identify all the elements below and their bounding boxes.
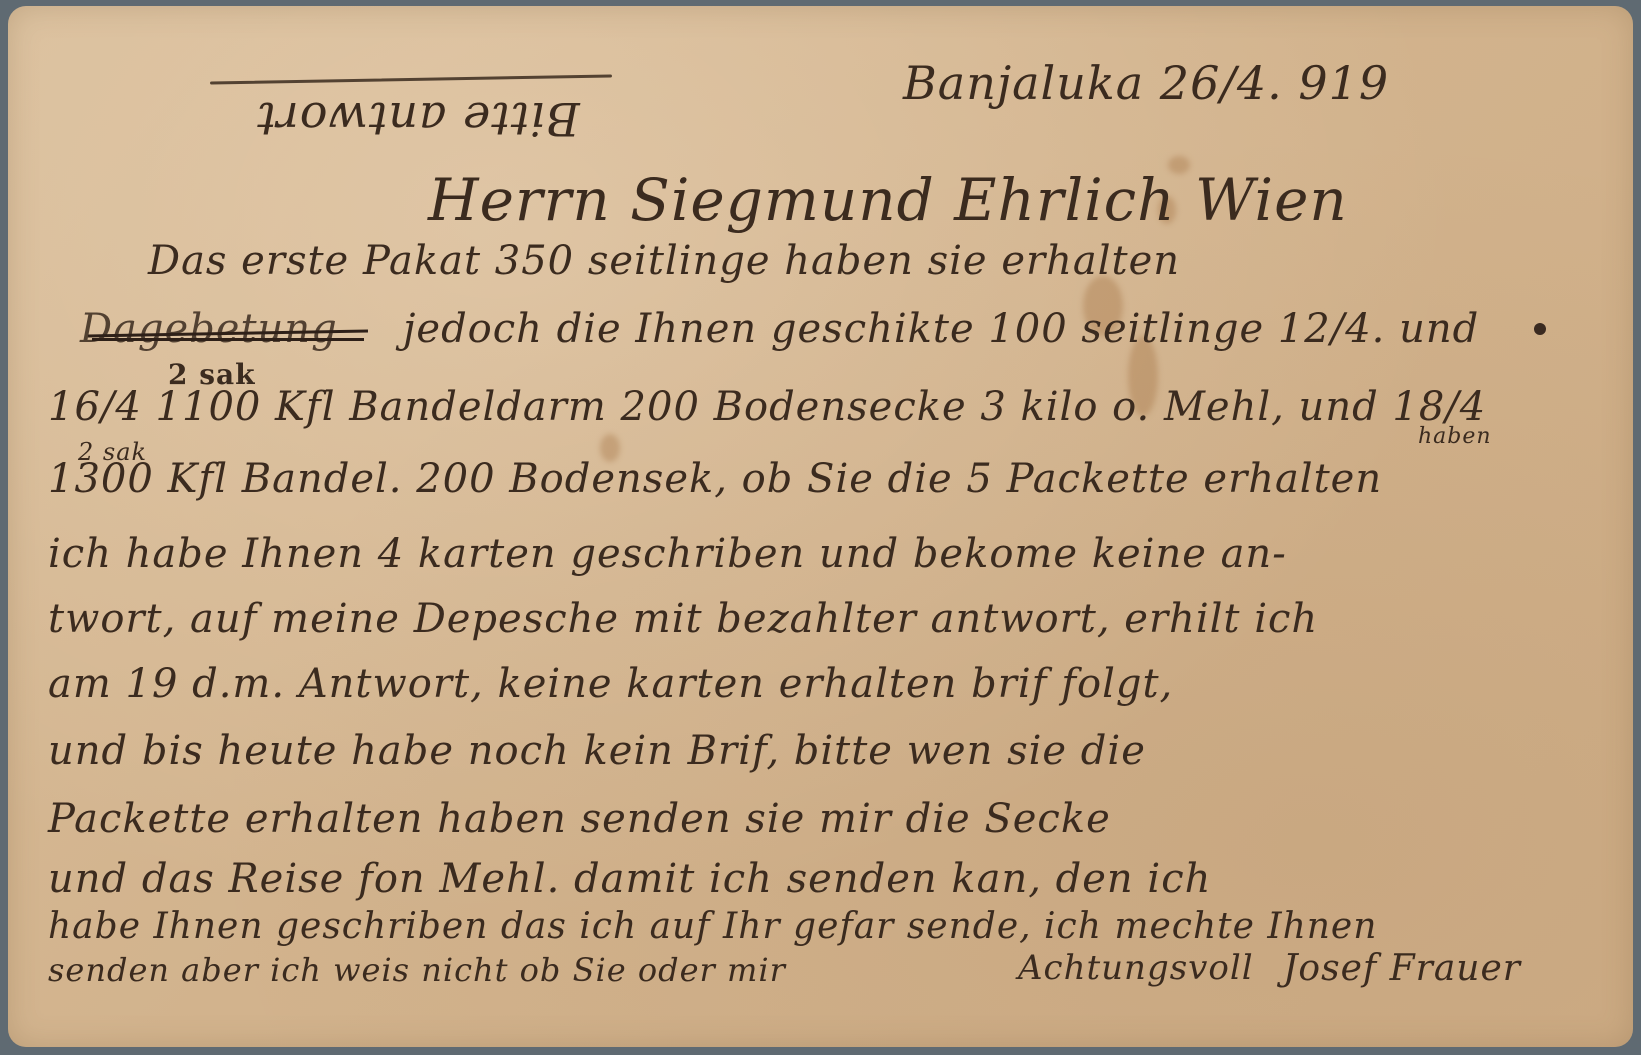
struck-word: Dagebetung: [80, 306, 338, 352]
text-line-1: Das erste Pakat 350 seitlinge haben sie …: [148, 238, 1180, 284]
addressee: Herrn Siegmund Ehrlich Wien: [428, 166, 1348, 234]
underline-rule: [210, 74, 612, 84]
text-line-5: ich habe Ihnen 4 karten geschriben und b…: [48, 531, 1287, 577]
text-line-11: habe Ihnen geschriben das ich auf Ihr ge…: [48, 906, 1377, 947]
postcard: Bitte antwort Banjaluka 26/4. 919 Herrn …: [8, 6, 1633, 1047]
strikethrough: [92, 338, 364, 341]
signature: Josef Frauer: [1283, 948, 1521, 989]
text-line-3: 16/4 1100 Kfl Bandeldarm 200 Bodensecke …: [48, 384, 1486, 430]
text-line-2: jedoch die Ihnen geschikte 100 seitlinge…: [403, 306, 1479, 352]
insert-haben: haben: [1418, 424, 1492, 449]
place-date: Banjaluka 26/4. 919: [903, 56, 1389, 110]
text-line-12: senden aber ich weis nicht ob Sie oder m…: [48, 951, 786, 989]
ink-blot: [1534, 323, 1546, 335]
text-line-6: twort, auf meine Depesche mit bezahlter …: [48, 596, 1318, 642]
upside-down-note: Bitte antwort: [208, 92, 628, 146]
closing: Achtungsvoll: [1018, 948, 1254, 988]
text-line-10: und das Reise fon Mehl. damit ich senden…: [48, 856, 1211, 902]
text-line-4: 1300 Kfl Bandel. 200 Bodensek, ob Sie di…: [48, 456, 1382, 502]
text-line-8: und bis heute habe noch kein Brif, bitte…: [48, 728, 1146, 774]
text-line-9: Packette erhalten haben senden sie mir d…: [48, 796, 1111, 842]
text-line-7: am 19 d.m. Antwort, keine karten erhalte…: [48, 661, 1173, 707]
